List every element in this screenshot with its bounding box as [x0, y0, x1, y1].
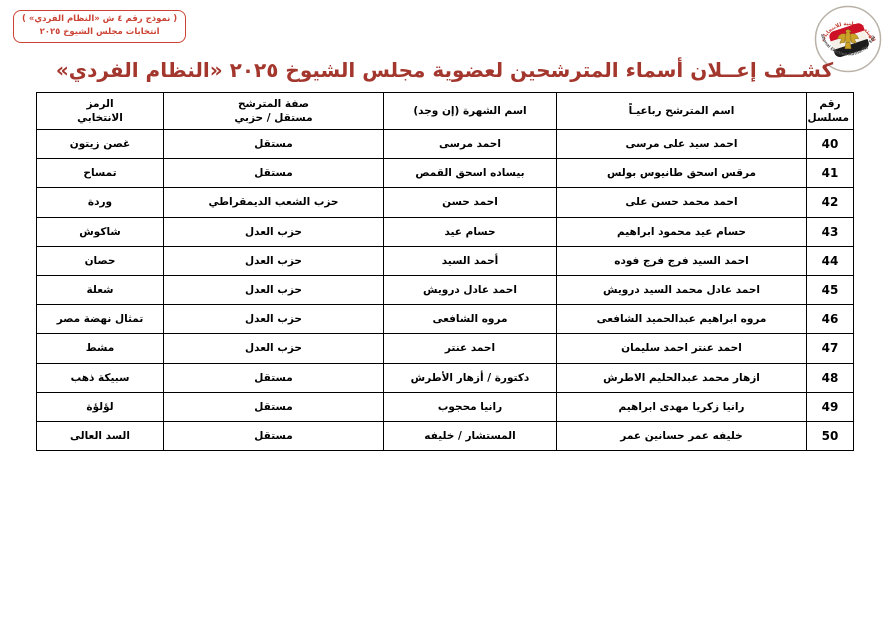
known-as-cell: احمد مرسى — [384, 130, 557, 159]
table-row: 44 احمد السيد فرج فرج فوده أحمد السيد حز… — [37, 246, 854, 275]
known-as-cell: احمد عنتر — [384, 334, 557, 363]
page-title: كشــف إعــلان أسماء المترشحين لعضوية مجل… — [0, 58, 889, 82]
capacity-cell: مستقل — [164, 130, 384, 159]
capacity-cell: حزب العدل — [164, 305, 384, 334]
serial-cell: 46 — [807, 305, 854, 334]
symbol-cell: مشط — [37, 334, 164, 363]
capacity-cell: حزب العدل — [164, 246, 384, 275]
symbol-cell: سبيكة ذهب — [37, 363, 164, 392]
serial-cell: 42 — [807, 188, 854, 217]
document-page: ( نموذج رقم ٤ ش «النظام الفردي» ) انتخاب… — [0, 0, 889, 624]
symbol-cell: غصن زيتون — [37, 130, 164, 159]
form-number-box: ( نموذج رقم ٤ ش «النظام الفردي» ) انتخاب… — [13, 10, 186, 43]
candidate-name-cell: مروه ابراهيم عبدالحميد الشافعى — [557, 305, 807, 334]
table-row: 41 مرقس اسحق طانيوس بولس بيساده اسحق الق… — [37, 159, 854, 188]
capacity-cell: مستقل — [164, 159, 384, 188]
serial-cell: 50 — [807, 421, 854, 450]
capacity-cell: مستقل — [164, 363, 384, 392]
header-electoral-symbol: الرمز الانتخابي — [37, 93, 164, 130]
header-capacity-line2: مستقل / حزبي — [168, 111, 379, 125]
symbol-cell: وردة — [37, 188, 164, 217]
table-row: 42 احمد محمد حسن على احمد حسن حزب الشعب … — [37, 188, 854, 217]
header-candidate-name: اسم المترشح رباعيـاً — [557, 93, 807, 130]
candidate-name-cell: ازهار محمد عبدالحليم الاطرش — [557, 363, 807, 392]
serial-cell: 45 — [807, 275, 854, 304]
known-as-cell: أحمد السيد — [384, 246, 557, 275]
header-capacity: صفة المترشح مستقل / حزبي — [164, 93, 384, 130]
candidate-name-cell: حسام عيد محمود ابراهيم — [557, 217, 807, 246]
symbol-cell: تمساح — [37, 159, 164, 188]
serial-cell: 41 — [807, 159, 854, 188]
candidate-name-cell: احمد السيد فرج فرج فوده — [557, 246, 807, 275]
symbol-cell: السد العالى — [37, 421, 164, 450]
table-row: 45 احمد عادل محمد السيد درويش احمد عادل … — [37, 275, 854, 304]
symbol-cell: شعلة — [37, 275, 164, 304]
known-as-cell: دكتورة / أزهار الأطرش — [384, 363, 557, 392]
serial-cell: 43 — [807, 217, 854, 246]
header-serial-line2: مسلسل — [811, 111, 849, 125]
serial-cell: 47 — [807, 334, 854, 363]
table-row: 48 ازهار محمد عبدالحليم الاطرش دكتورة / … — [37, 363, 854, 392]
candidate-name-cell: مرقس اسحق طانيوس بولس — [557, 159, 807, 188]
known-as-cell: احمد حسن — [384, 188, 557, 217]
form-box-line1: ( نموذج رقم ٤ ش «النظام الفردي» ) — [22, 13, 177, 26]
table-row: 50 خليفه عمر حسانين عمر المستشار / خليفه… — [37, 421, 854, 450]
form-box-line2: انتخابات مجلس الشيوخ ٢٠٢٥ — [22, 26, 177, 39]
capacity-cell: حزب العدل — [164, 334, 384, 363]
capacity-cell: مستقل — [164, 421, 384, 450]
table-row: 46 مروه ابراهيم عبدالحميد الشافعى مروه ا… — [37, 305, 854, 334]
candidate-name-cell: احمد عنتر احمد سليمان — [557, 334, 807, 363]
table-header-row: رقم مسلسل اسم المترشح رباعيـاً اسم الشهر… — [37, 93, 854, 130]
serial-cell: 44 — [807, 246, 854, 275]
known-as-cell: بيساده اسحق القمص — [384, 159, 557, 188]
candidate-name-cell: احمد عادل محمد السيد درويش — [557, 275, 807, 304]
candidate-name-cell: خليفه عمر حسانين عمر — [557, 421, 807, 450]
serial-cell: 48 — [807, 363, 854, 392]
serial-cell: 49 — [807, 392, 854, 421]
candidate-name-cell: رانيا زكريا مهدى ابراهيم — [557, 392, 807, 421]
header-known-as: اسم الشهرة (إن وجد) — [384, 93, 557, 130]
header-symbol-line2: الانتخابي — [41, 111, 159, 125]
symbol-cell: تمثال نهضة مصر — [37, 305, 164, 334]
known-as-cell: المستشار / خليفه — [384, 421, 557, 450]
header-serial-line1: رقم — [811, 97, 849, 111]
symbol-cell: شاكوش — [37, 217, 164, 246]
table-row: 49 رانيا زكريا مهدى ابراهيم رانيا محجوب … — [37, 392, 854, 421]
known-as-cell: حسام عيد — [384, 217, 557, 246]
table-row: 40 احمد سيد على مرسى احمد مرسى مستقل غصن… — [37, 130, 854, 159]
capacity-cell: حزب الشعب الديمقراطي — [164, 188, 384, 217]
known-as-cell: احمد عادل درويش — [384, 275, 557, 304]
candidate-name-cell: احمد سيد على مرسى — [557, 130, 807, 159]
serial-cell: 40 — [807, 130, 854, 159]
candidates-table: رقم مسلسل اسم المترشح رباعيـاً اسم الشهر… — [36, 92, 854, 451]
symbol-cell: حصان — [37, 246, 164, 275]
header-serial: رقم مسلسل — [807, 93, 854, 130]
known-as-cell: رانيا محجوب — [384, 392, 557, 421]
header-capacity-line1: صفة المترشح — [168, 97, 379, 111]
table-row: 47 احمد عنتر احمد سليمان احمد عنتر حزب ا… — [37, 334, 854, 363]
capacity-cell: حزب العدل — [164, 217, 384, 246]
candidate-name-cell: احمد محمد حسن على — [557, 188, 807, 217]
symbol-cell: لؤلؤة — [37, 392, 164, 421]
capacity-cell: حزب العدل — [164, 275, 384, 304]
capacity-cell: مستقل — [164, 392, 384, 421]
known-as-cell: مروه الشافعى — [384, 305, 557, 334]
header-symbol-line1: الرمز — [41, 97, 159, 111]
table-row: 43 حسام عيد محمود ابراهيم حسام عيد حزب ا… — [37, 217, 854, 246]
